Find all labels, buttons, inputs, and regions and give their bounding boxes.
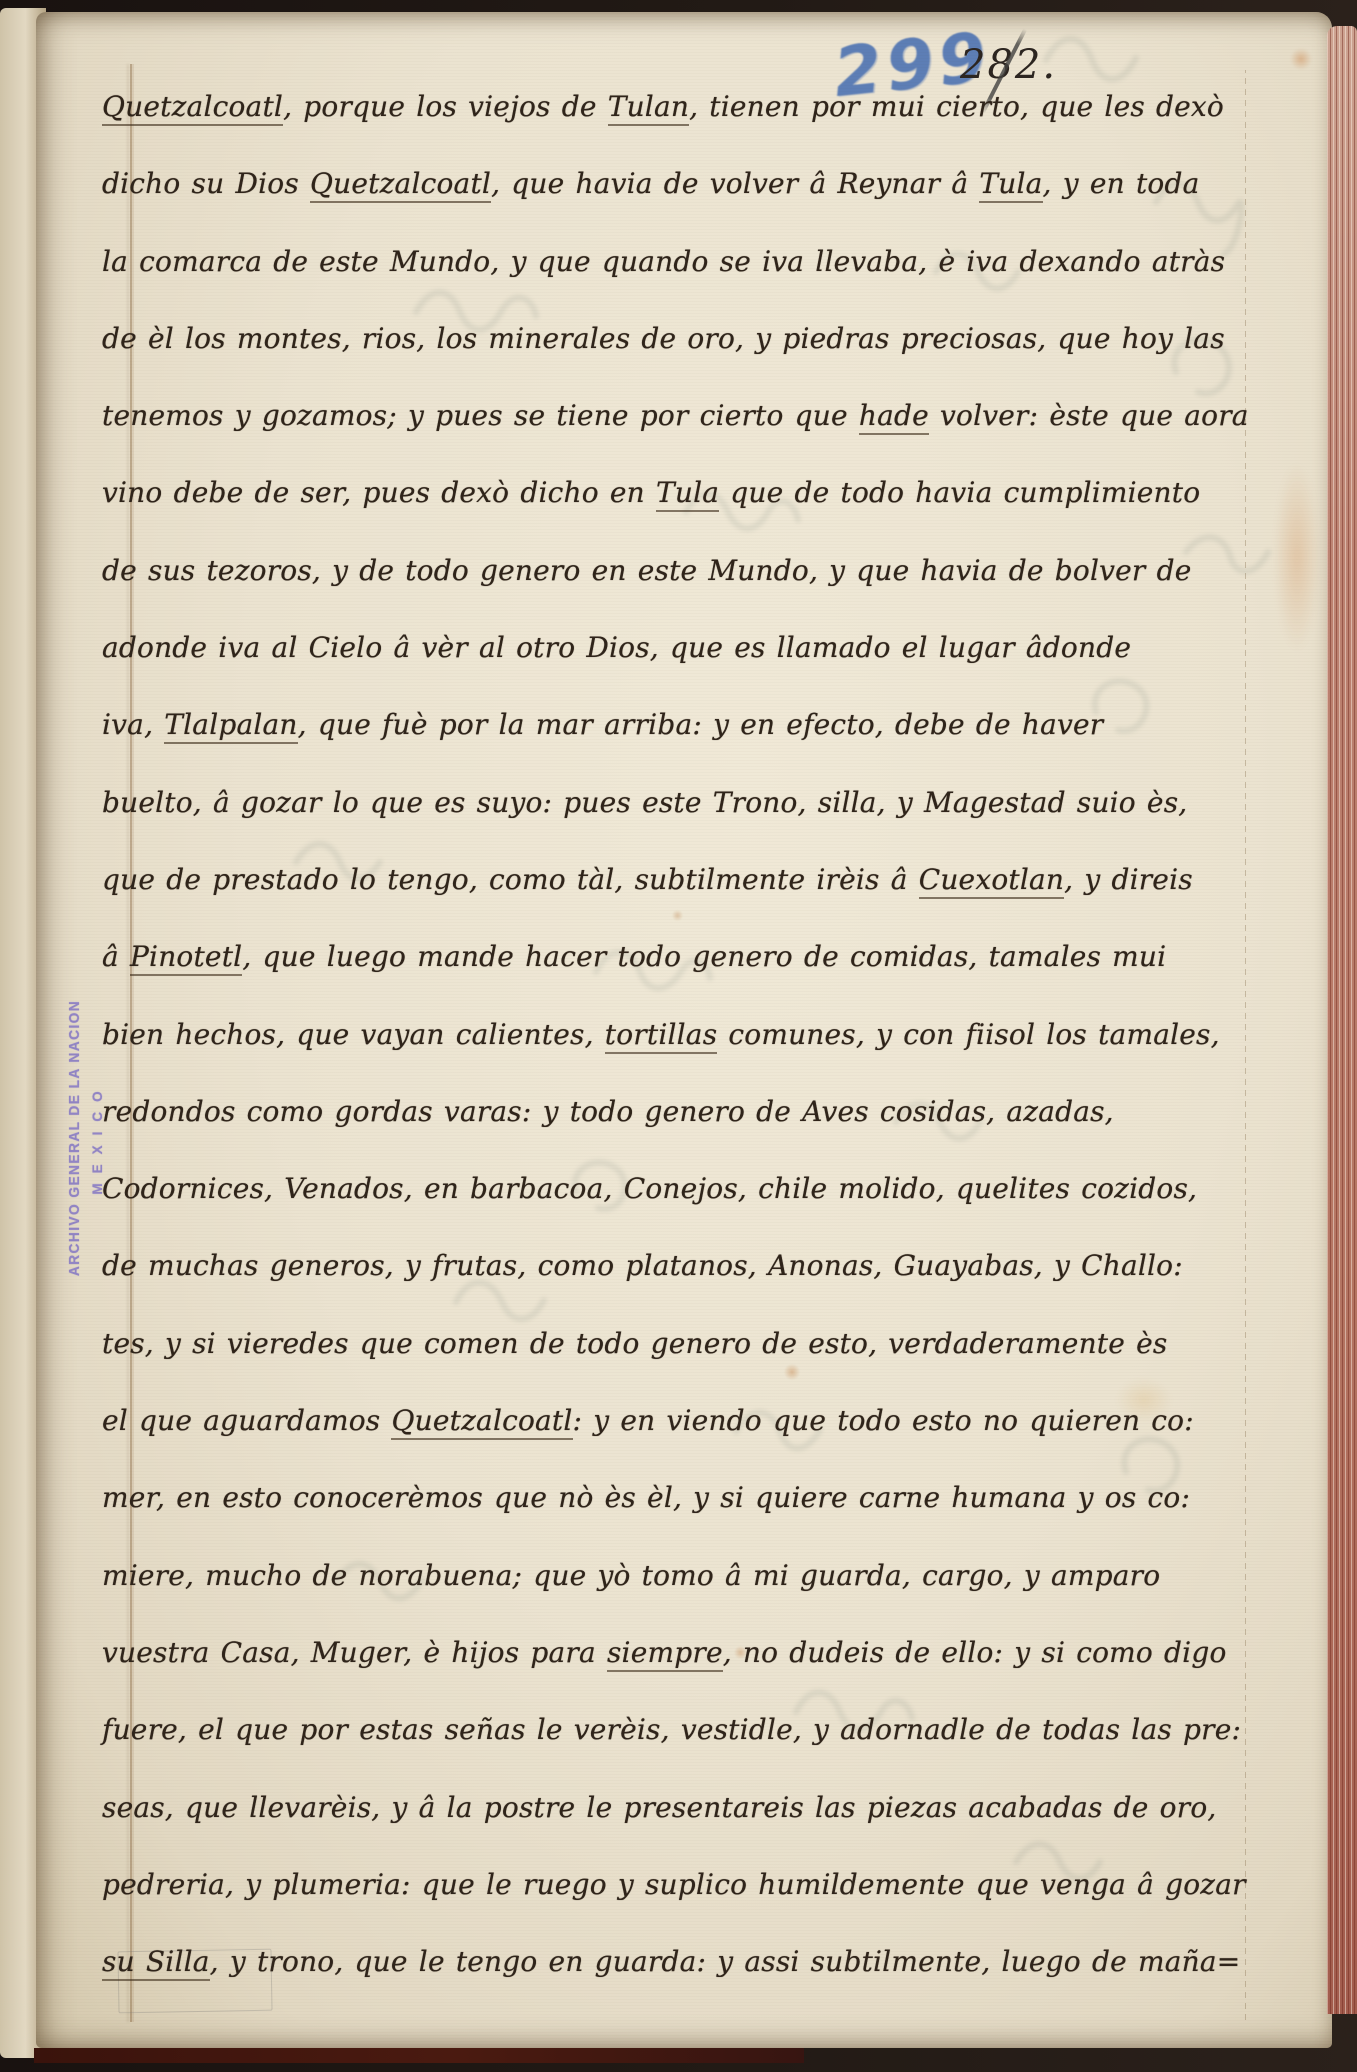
manuscript-text: que de todo havia cumplimiento [719,476,1200,509]
manuscript-line: iva, Tlalpalan, que fuè por la mar arrib… [102,686,1187,763]
manuscript-line: su Silla, y trono, que le tengo en guard… [102,1923,1187,2000]
manuscript-text: mer, en esto conocerèmos que nò ès èl, y… [102,1481,1190,1514]
manuscript-line: vuestra Casa, Muger, è hijos para siempr… [102,1614,1187,1691]
manuscript-line: Codornices, Venados, en barbacoa, Conejo… [102,1150,1187,1227]
underlined-word: Tula [979,167,1042,203]
manuscript-text: bien hechos, que vayan calientes, [102,1018,605,1051]
manuscript-text: vuestra Casa, Muger, è hijos para [102,1636,607,1669]
manuscript-text: : y en viendo que todo esto no quieren c… [573,1404,1194,1437]
underlined-word: Tulan [608,90,689,126]
manuscript-text: volver: èste que aora [929,399,1249,432]
book-cover-bottom-strip [34,2048,804,2063]
manuscript-text: buelto, â gozar lo que es suyo: pues est… [102,786,1187,819]
underlined-word: Quetzalcoatl [102,90,283,126]
manuscript-text: redondos como gordas varas: y todo gener… [102,1095,1114,1128]
manuscript-line: seas, que llevarèis, y â la postre le pr… [102,1769,1187,1846]
right-margin-rule [1245,70,1246,2020]
underlined-word: tortillas [605,1018,717,1054]
underlined-word: Quetzalcoatl [391,1404,572,1440]
manuscript-text: iva, [102,708,164,741]
underlined-word: su Silla [102,1945,210,1981]
manuscript-text: la comarca de este Mundo, y que quando s… [102,245,1225,278]
underlined-word: Tula [656,476,719,512]
manuscript-line: adonde iva al Cielo â vèr al otro Dios, … [102,609,1187,686]
manuscript-text: , que havia de volver â Reynar â [491,167,979,200]
underlined-word: Pinotetl [130,940,242,976]
manuscript-line: â Pinotetl, que luego mande hacer todo g… [102,918,1187,995]
manuscript-line: de sus tezoros, y de todo genero en este… [102,532,1187,609]
manuscript-text: , porque los viejos de [283,90,608,123]
underlined-word: hade [859,399,929,435]
manuscript-text: adonde iva al Cielo â vèr al otro Dios, … [102,631,1131,664]
manuscript-text: de muchas generos, y frutas, como platan… [102,1249,1183,1282]
manuscript-line: buelto, â gozar lo que es suyo: pues est… [102,764,1187,841]
manuscript-text: , que luego mande hacer todo genero de c… [242,940,1166,973]
manuscript-text: dicho su Dios [102,167,310,200]
manuscript-text: , y direis [1064,863,1193,896]
manuscript-line: que de prestado lo tengo, como tàl, subt… [102,841,1187,918]
manuscript-text: , no dudeis de ello: y si como digo [723,1636,1227,1669]
manuscript-line: de èl los montes, rios, los minerales de… [102,300,1187,377]
manuscript-line: pedreria, y plumeria: que le ruego y sup… [102,1846,1187,1923]
manuscript-text: que de prestado lo tengo, como tàl, subt… [102,863,919,896]
manuscript-text: â [102,940,130,973]
manuscript-line: la comarca de este Mundo, y que quando s… [102,223,1187,300]
underlined-word: Quetzalcoatl [310,167,491,203]
underlined-word: Cuexotlan [919,863,1064,899]
manuscript-photo: 299 282. ARCHIVO GENERAL DE LA NACION ME… [0,0,1357,2072]
manuscript-text: , y en toda [1043,167,1200,200]
manuscript-line: bien hechos, que vayan calientes, tortil… [102,996,1187,1073]
manuscript-line: el que aguardamos Quetzalcoatl: y en vie… [102,1382,1187,1459]
manuscript-line: fuere, el que por estas señas le verèis,… [102,1691,1187,1768]
manuscript-line: redondos como gordas varas: y todo gener… [102,1073,1187,1150]
manuscript-text: pedreria, y plumeria: que le ruego y sup… [102,1868,1246,1901]
manuscript-line: tenemos y gozamos; y pues se tiene por c… [102,377,1187,454]
book-fore-edge [1327,26,1357,2014]
manuscript-text: comunes, y con fiisol los tamales, [717,1018,1219,1051]
manuscript-lines: Quetzalcoatl, porque los viejos de Tulan… [102,68,1187,2000]
manuscript-text: tenemos y gozamos; y pues se tiene por c… [102,399,859,432]
manuscript-line: de muchas generos, y frutas, como platan… [102,1227,1187,1304]
manuscript-text: de èl los montes, rios, los minerales de… [102,322,1225,355]
underlined-word: siempre [607,1636,723,1672]
manuscript-page: 299 282. ARCHIVO GENERAL DE LA NACION ME… [36,12,1332,2048]
archive-stamp-institution: ARCHIVO GENERAL DE LA NACION [66,994,83,1281]
archive-stamp: ARCHIVO GENERAL DE LA NACION MEXICO [66,982,105,1294]
manuscript-text: , que fuè por la mar arriba: y en efecto… [298,708,1104,741]
manuscript-text: fuere, el que por estas señas le verèis,… [102,1713,1241,1746]
manuscript-line: miere, mucho de norabuena; que yò tomo â… [102,1537,1187,1614]
manuscript-line: Quetzalcoatl, porque los viejos de Tulan… [102,68,1187,145]
manuscript-line: dicho su Dios Quetzalcoatl, que havia de… [102,145,1187,222]
manuscript-line: mer, en esto conocerèmos que nò ès èl, y… [102,1459,1187,1536]
manuscript-line: tes, y si vieredes que comen de todo gen… [102,1305,1187,1382]
manuscript-text: , y trono, que le tengo en guarda: y ass… [210,1945,1241,1978]
manuscript-text: , tienen por mui cierto, que les dexò [689,90,1224,123]
manuscript-line: vino debe de ser, pues dexò dicho en Tul… [102,454,1187,531]
manuscript-text: de sus tezoros, y de todo genero en este… [102,554,1191,587]
foxing-stain [1290,48,1312,70]
manuscript-text: vino debe de ser, pues dexò dicho en [102,476,656,509]
manuscript-text: tes, y si vieredes que comen de todo gen… [102,1327,1167,1360]
foxing-stain [1274,462,1320,652]
manuscript-text: miere, mucho de norabuena; que yò tomo â… [102,1559,1160,1592]
underlined-word: Tlalpalan [164,708,297,744]
manuscript-text: seas, que llevarèis, y â la postre le pr… [102,1791,1216,1824]
manuscript-text: Codornices, Venados, en barbacoa, Conejo… [102,1172,1197,1205]
manuscript-text: el que aguardamos [102,1404,391,1437]
